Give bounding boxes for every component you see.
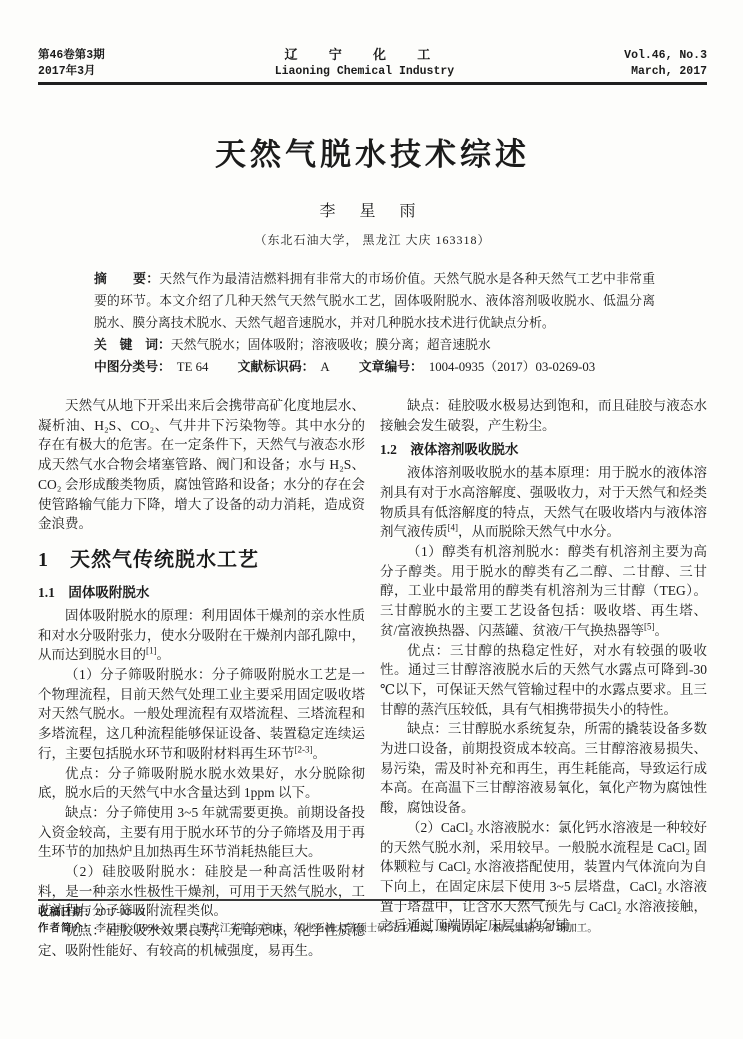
clc-label: 中图分类号：	[94, 360, 171, 374]
classification-line: 中图分类号：TE 64 文献标识码：A 文章编号：1004-0935（2017）…	[94, 356, 655, 378]
journal-name-cn: 辽 宁 化 工	[275, 46, 454, 64]
footer-notes: 收稿日期：2017-02-19 作者简介：李星雨（1994-），男，黑龙江省哈尔…	[38, 899, 707, 937]
doc-code-pair: 文献标识码：A	[238, 360, 330, 374]
clc-pair: 中图分类号：TE 64	[94, 360, 208, 374]
volume-issue-cn: 第46卷第3期 2017年3月	[38, 48, 105, 79]
right-column: 缺点：硅胶吸水极易达到饱和，而且硅胶与液态水接触会发生破裂，产生粉尘。1.2 液…	[380, 396, 707, 960]
volume-line-en: Vol.46, No.3	[624, 48, 707, 64]
keywords-paragraph: 关 键 词：天然气脱水；固体吸附；溶液吸收；膜分离；超音速脱水	[94, 334, 655, 356]
volume-issue-en: Vol.46, No.3 March, 2017	[624, 48, 707, 79]
date-line-cn: 2017年3月	[38, 64, 105, 80]
journal-name-en: Liaoning Chemical Industry	[275, 64, 454, 80]
paragraph: （1）分子筛吸附脱水：分子筛吸附脱水工艺是一个物理流程，目前天然气处理工业主要采…	[38, 665, 365, 764]
author-affiliation: （东北石油大学， 黑龙江 大庆 163318）	[38, 231, 707, 248]
received-date-line: 收稿日期：2017-02-19	[38, 905, 707, 921]
doc-code-label: 文献标识码：	[238, 360, 315, 374]
doc-code-value: A	[320, 360, 329, 374]
clc-value: TE 64	[177, 360, 209, 374]
paragraph: 天然气从地下开采出来后会携带高矿化度地层水、凝析油、H₂S、CO₂、气井井下污染…	[38, 396, 365, 534]
author-bio-line: 作者简介：李星雨（1994-），男，黑龙江省哈尔滨市，东北石油大学硕士研究生在读…	[38, 921, 707, 937]
section-heading: 1.1 固体吸附脱水	[38, 583, 365, 603]
volume-line-cn: 第46卷第3期	[38, 48, 105, 64]
section-heading: 1.2 液体溶剂吸收脱水	[380, 440, 707, 460]
article-id-pair: 文章编号：1004-0935（2017）03-0269-03	[359, 360, 595, 374]
date-line-en: March, 2017	[624, 64, 707, 80]
body-columns: 天然气从地下开采出来后会携带高矿化度地层水、凝析油、H₂S、CO₂、气井井下污染…	[38, 396, 707, 960]
paragraph: 缺点：三甘醇脱水系统复杂，所需的撬装设备多数为进口设备，前期投资成本较高。三甘醇…	[380, 719, 707, 818]
paragraph: 优点：分子筛吸附脱水脱水效果好，水分脱除彻底，脱水后的天然气中水含量达到 1pp…	[38, 764, 365, 803]
paragraph: 固体吸附脱水的原理：利用固体干燥剂的亲水性质和对水分吸附张力，使水分吸附在干燥剂…	[38, 606, 365, 665]
article-id-value: 1004-0935（2017）03-0269-03	[429, 360, 595, 374]
journal-name: 辽 宁 化 工 Liaoning Chemical Industry	[275, 46, 454, 79]
received-date-value: 2017-02-19	[96, 907, 145, 918]
author-name: 李 星 雨	[38, 198, 707, 221]
section-heading: 1 天然气传统脱水工艺	[38, 546, 365, 575]
keywords-label: 关 键 词：	[94, 338, 171, 352]
journal-header: 第46卷第3期 2017年3月 辽 宁 化 工 Liaoning Chemica…	[38, 46, 707, 85]
abstract-block: 摘 要：天然气作为最清洁燃料拥有非常大的市场价值。天然气脱水是各种天然气工艺中非…	[94, 268, 655, 378]
paragraph: 缺点：分子筛使用 3~5 年就需要更换。前期设备投入资金较高，主要有用于脱水环节…	[38, 803, 365, 862]
abstract-paragraph: 摘 要：天然气作为最清洁燃料拥有非常大的市场价值。天然气脱水是各种天然气工艺中非…	[94, 268, 655, 334]
footnote-divider	[38, 899, 545, 901]
paragraph: （1）醇类有机溶剂脱水：醇类有机溶剂主要为高分子醇类。用于脱水的醇类有乙二醇、二…	[380, 542, 707, 641]
received-date-label: 收稿日期：	[38, 907, 96, 918]
author-bio-value: 李星雨（1994-），男，黑龙江省哈尔滨市，东北石油大学硕士研究生在读，研究方向…	[96, 923, 598, 934]
paragraph: 液体溶剂吸收脱水的基本原理：用于脱水的液体溶剂具有对于水高溶解度、强吸收力，对于…	[380, 463, 707, 542]
page-title: 天然气脱水技术综述	[38, 129, 707, 174]
paragraph: 优点：三甘醇的热稳定性好，对水有较强的吸收性。通过三甘醇溶液脱水后的天然气水露点…	[380, 641, 707, 720]
abstract-text: 天然气作为最清洁燃料拥有非常大的市场价值。天然气脱水是各种天然气工艺中非常重要的…	[94, 272, 655, 330]
paragraph: 缺点：硅胶吸水极易达到饱和，而且硅胶与液态水接触会发生破裂，产生粉尘。	[380, 396, 707, 435]
author-bio-label: 作者简介：	[38, 923, 96, 934]
article-id-label: 文章编号：	[359, 360, 423, 374]
keywords-text: 天然气脱水；固体吸附；溶液吸收；膜分离；超音速脱水	[171, 338, 491, 352]
left-column: 天然气从地下开采出来后会携带高矿化度地层水、凝析油、H₂S、CO₂、气井井下污染…	[38, 396, 365, 960]
abstract-label: 摘 要：	[94, 272, 159, 286]
paper-page: 第46卷第3期 2017年3月 辽 宁 化 工 Liaoning Chemica…	[0, 0, 743, 961]
